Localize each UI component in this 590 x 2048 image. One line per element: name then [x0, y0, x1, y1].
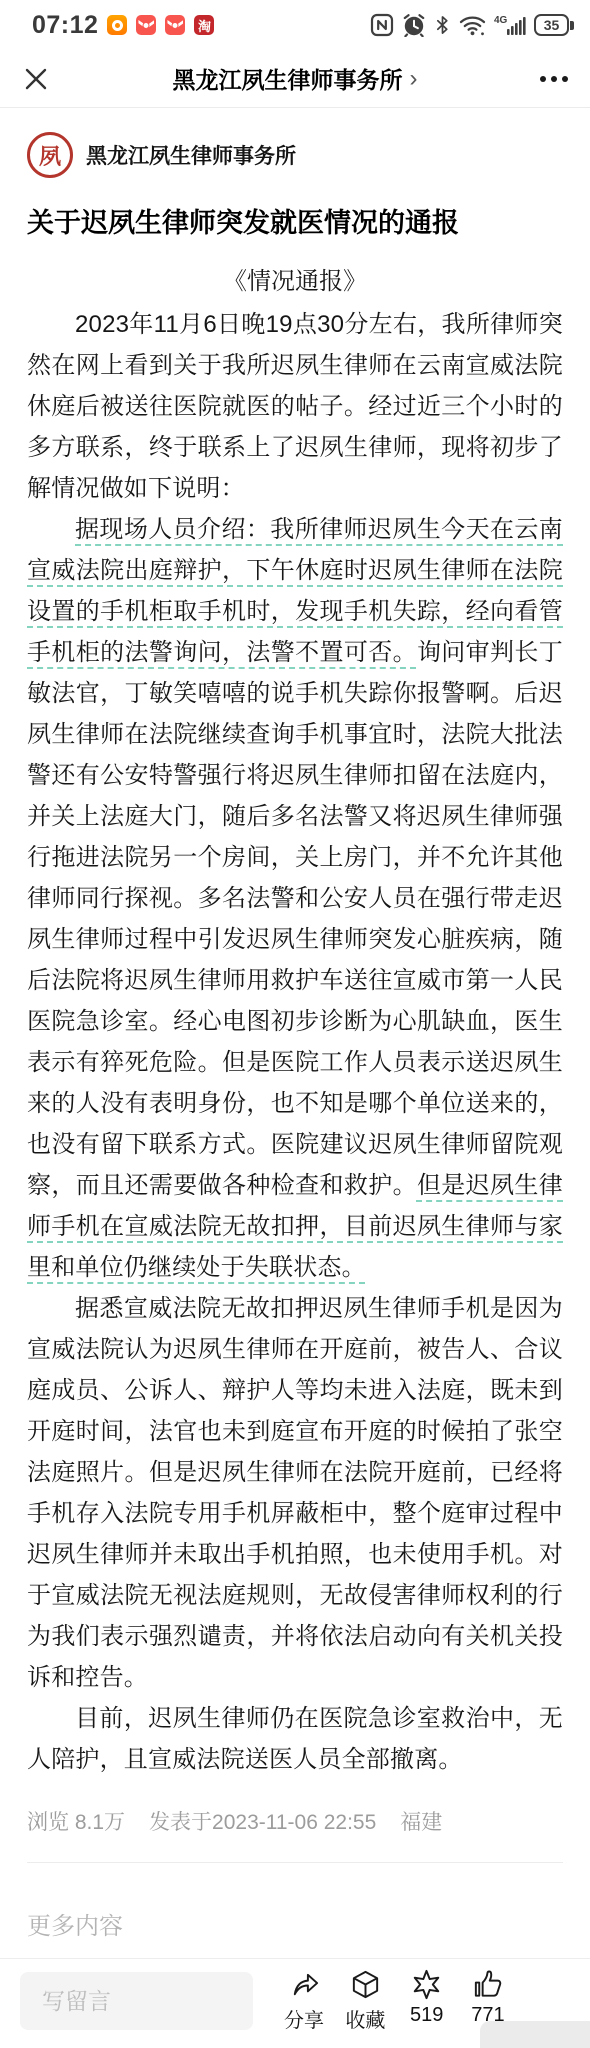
- article-title: 关于迟夙生律师突发就医情况的通报: [27, 205, 563, 241]
- article-meta: 浏览 8.1万 发表于2023-11-06 22:55 福建: [27, 1806, 563, 1836]
- comment-input[interactable]: [20, 1972, 253, 2030]
- corner-overlay-artifact: [480, 2021, 590, 2048]
- thumbs-up-icon: [471, 1968, 504, 2001]
- ellipsis-icon: [540, 76, 546, 82]
- signal-4g-icon: 4G: [494, 13, 526, 37]
- ellipsis-icon: [551, 76, 557, 82]
- account-avatar: 夙: [27, 132, 73, 178]
- article-paragraph: 目前，迟夙生律师仍在医院急诊室救治中，无人陪护，且宣威法院送医人员全部撤离。: [27, 1698, 563, 1780]
- alarm-clock-icon: [402, 13, 426, 37]
- article-paragraph: 据现场人员介绍：我所律师迟夙生今天在云南宣威法院出庭辩护，下午休庭时迟夙生律师在…: [27, 509, 563, 1288]
- publish-time: 发表于2023-11-06 22:55: [149, 1806, 376, 1836]
- share-arrow-icon: [288, 1968, 321, 2001]
- wow-button[interactable]: 519: [399, 1968, 455, 2033]
- network-type-label: 4G: [494, 15, 508, 26]
- article-subtitle: 《情况通报》: [27, 261, 563, 296]
- favorite-label: 收藏: [345, 2004, 385, 2033]
- article-body: 2023年11月6日晚19点30分左右，我所律师突然在网上看到关于我所迟夙生律师…: [27, 304, 563, 1780]
- wow-count: 519: [410, 2004, 443, 2027]
- ellipsis-icon: [562, 76, 568, 82]
- red-packet-coin-icon: [107, 15, 127, 35]
- taobao-app-icon: 淘: [194, 15, 214, 35]
- status-bar-left: 07:12 淘: [32, 11, 214, 40]
- red-packet-icon: [165, 15, 185, 35]
- account-name: 黑龙江夙生律师事务所: [86, 140, 296, 170]
- more-options-button[interactable]: [540, 65, 568, 93]
- avatar-seal-glyph: 夙: [39, 140, 61, 171]
- section-divider: [27, 1862, 563, 1863]
- favorite-button[interactable]: 收藏: [337, 1968, 393, 2033]
- status-bar-right: 4G 35: [370, 13, 574, 37]
- nav-title-text: 黑龙江夙生律师事务所: [173, 62, 403, 95]
- share-label: 分享: [284, 2004, 324, 2033]
- nav-bar: 黑龙江夙生律师事务所 ›: [0, 50, 590, 108]
- star-flower-icon: [410, 1968, 443, 2001]
- red-packet-icon: [136, 15, 156, 35]
- nfc-icon: [370, 13, 394, 37]
- account-row[interactable]: 夙 黑龙江夙生律师事务所: [27, 132, 563, 178]
- close-icon: [24, 67, 48, 91]
- body-text: 据悉宣威法院无故扣押迟夙生律师手机是因为宣威法院认为迟夙生律师在开庭前，被告人、…: [27, 1295, 563, 1691]
- share-button[interactable]: 分享: [276, 1968, 332, 2033]
- more-content-heading: 更多内容: [27, 1906, 123, 1941]
- status-bar: 07:12 淘 4G: [0, 0, 590, 50]
- body-text: 询问审判长丁敏法官，丁敏笑嘻嘻的说手机失踪你报警啊。后迟夙生律师在法院继续查询手…: [27, 639, 563, 1199]
- body-text: 目前，迟夙生律师仍在医院急诊室救治中，无人陪护，且宣威法院送医人员全部撤离。: [27, 1705, 563, 1773]
- wifi-icon: [459, 14, 486, 36]
- close-button[interactable]: [22, 65, 50, 93]
- article-page: 夙 黑龙江夙生律师事务所 关于迟夙生律师突发就医情况的通报 《情况通报》 202…: [0, 132, 590, 1836]
- article-paragraph: 2023年11月6日晚19点30分左右，我所律师突然在网上看到关于我所迟夙生律师…: [27, 304, 563, 509]
- toolbar-actions: 分享 收藏 519 771: [276, 1968, 516, 2033]
- nav-account-title[interactable]: 黑龙江夙生律师事务所 ›: [173, 62, 418, 95]
- bluetooth-icon: [434, 13, 451, 37]
- view-count: 浏览 8.1万: [27, 1806, 125, 1836]
- battery-percent: 35: [544, 17, 560, 33]
- chevron-right-icon: ›: [410, 65, 418, 93]
- article-paragraph: 据悉宣威法院无故扣押迟夙生律师手机是因为宣威法院认为迟夙生律师在开庭前，被告人、…: [27, 1288, 563, 1698]
- cube-favorite-icon: [349, 1968, 382, 2001]
- body-text: 2023年11月6日晚19点30分左右，我所律师突然在网上看到关于我所迟夙生律师…: [27, 311, 563, 502]
- battery-icon: 35: [534, 14, 574, 36]
- clock-time: 07:12: [32, 11, 98, 40]
- publish-location: 福建: [400, 1806, 442, 1836]
